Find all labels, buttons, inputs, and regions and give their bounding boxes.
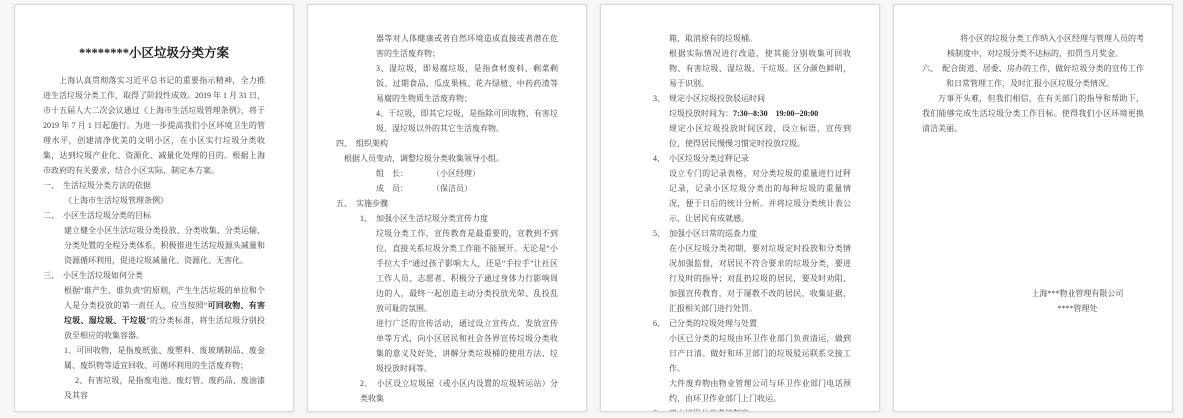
section-heading: 三、 小区生活垃圾如何分类	[43, 268, 265, 283]
paragraph: 1、可回收物，是指废纸张、废塑料、废玻璃制品、废金属、废织物等适宜回收、可循环利…	[64, 343, 265, 373]
paragraph: 根据“谁产生、谁负责”的原则，产生生活垃圾的单位和个人是分类投放的第一责任人，应…	[64, 283, 265, 343]
paragraph: 器等对人体健康或者自然环境造成直接或者潜在危害的生活废弃物；	[376, 31, 558, 61]
section-heading: 六、 配合街道、居委、房办的工作，做好垃圾分类的宣传工作和日常管理工作，及时汇报…	[922, 61, 1144, 91]
document-page-4: 将小区的垃圾分类工作纳入小区经理与管理人员的考核制度中，对垃圾分类不达标的，扣罚…	[893, 4, 1173, 412]
signature-office: ****管理处	[1011, 301, 1144, 316]
section-heading: 四、 组织架构	[336, 136, 558, 151]
section-heading: 二、 小区生活垃圾分类的目标	[43, 208, 265, 223]
document-viewer-canvas: ********小区垃圾分类方案上海认真贯彻落实习近平总书记的重要指示精神，全力…	[0, 0, 1183, 418]
document-page-3: 箱，取消原有的垃圾桶。根据实际情况进行改造，使其能分别收集可回收物、有害垃圾、湿…	[600, 4, 880, 412]
list-item-heading: 4、 小区垃圾分类过秤记录	[653, 151, 851, 166]
paragraph: 进行广泛的宣传活动，通过设立宣传点、发放宣传单等方式，向小区居民和社会各界宣传垃…	[376, 316, 558, 376]
document-page-1: ********小区垃圾分类方案上海认真贯彻落实习近平总书记的重要指示精神，全力…	[14, 4, 294, 412]
list-item-heading: 2、 小区设立垃圾屋（或小区内设置的垃圾转运站）分类收集	[360, 376, 558, 406]
paragraph: 万事开头难，但我们相信，在有关部门的指导和帮助下，我们能够完成生活垃圾分类工作目…	[922, 91, 1144, 136]
paragraph: 将小区的垃圾分类工作纳入小区经理与管理人员的考核制度中，对垃圾分类不达标的，扣罚…	[947, 31, 1144, 61]
list-item-heading: 1、 加强小区生活垃圾分类宣传力度	[360, 211, 558, 226]
paragraph: 设立专门的记录表格，对分类垃圾的重量进行过秤记录，记录小区垃圾分类出的每种垃圾的…	[669, 166, 851, 226]
list-item-heading: 3、 规定小区垃圾投放驳运时间	[653, 91, 851, 106]
document-page-2: 器等对人体健康或者自然环境造成直接或者潜在危害的生活废弃物；3、湿垃圾，即易腐垃…	[307, 4, 587, 412]
paragraph: 成 员： （保洁员）	[376, 181, 558, 196]
paragraph: 4、干垃圾，即其它垃圾，是指除可回收物、有害垃圾、湿垃圾以外的其它生活废弃物。	[376, 106, 558, 136]
paragraph: 在小区垃圾分类初期，要对垃圾定时投放和分类情况加强监督，对居民不符合要求的垃圾分…	[669, 241, 851, 316]
paragraph: 2、有害垃圾，是指废电池、废灯管、废药品、废油漆及其容	[64, 373, 265, 403]
document-pages-row: ********小区垃圾分类方案上海认真贯彻落实习近平总书记的重要指示精神，全力…	[0, 0, 1183, 412]
paragraph: 垃圾分类工作，宣传教育是最重要的，宣教到不到位，直接关系垃圾分类工作能不能展开。…	[376, 226, 558, 316]
paragraph: 小区已分类的垃圾由环卫作业部门负责清运，做到日产日清。做好和环卫部门的垃圾驳运联…	[669, 331, 851, 376]
bold-text-run: 7:30--8:30 19:00--20:00	[733, 109, 818, 118]
signature-company: 上海***物业管理有限公司	[1011, 286, 1144, 301]
list-item-heading: 7、 建立垃圾分类考核制度	[653, 406, 851, 412]
paragraph: 箱，取消原有的垃圾桶。	[669, 31, 851, 46]
section-heading: 五、 实施步骤	[336, 196, 558, 211]
section-heading: 一、 生活垃圾分类方法的依据	[43, 178, 265, 193]
paragraph: 《上海市生活垃圾管理条例》	[64, 193, 265, 208]
paragraph: 根据实际情况进行改造，使其能分别收集可回收物、有害垃圾、湿垃圾、干垃圾。区分颜色…	[669, 46, 851, 91]
paragraph: 上海认真贯彻落实习近平总书记的重要指示精神，全力推进生活垃圾分类工作，取得了阶段…	[43, 73, 265, 178]
paragraph: 规定小区垃圾投放时间区段，设立标语，宣传到位，使得居民慢慢习惯定时投放垃圾。	[669, 121, 851, 151]
list-item-heading: 6、 已分类的垃圾处理与处置	[653, 316, 851, 331]
paragraph: 大件废弃物由物业管理公司与环卫作业部门电话预约，由环卫作业部门上门收运。	[669, 376, 851, 406]
paragraph: 建立健全小区生活垃圾分类投放、分类收集、分类运输、分类处置的全程分类体系，积极推…	[64, 223, 265, 268]
paragraph: 根据人员变动，调整垃圾分类收集领导小组。	[344, 151, 558, 166]
paragraph: 3、湿垃圾，即易腐垃圾，是指食材废料、剩菜剩饭、过期食品、瓜皮果核、花卉绿植、中…	[376, 61, 558, 106]
list-item-heading: 5、 加强小区日常的巡查力度	[653, 226, 851, 241]
paragraph: 垃圾投放时间为：7:30--8:30 19:00--20:00	[669, 106, 851, 121]
text-run: 垃圾投放时间为：	[669, 109, 733, 118]
paragraph: 组 长： （小区经理）	[376, 166, 558, 181]
document-title: ********小区垃圾分类方案	[43, 45, 265, 61]
